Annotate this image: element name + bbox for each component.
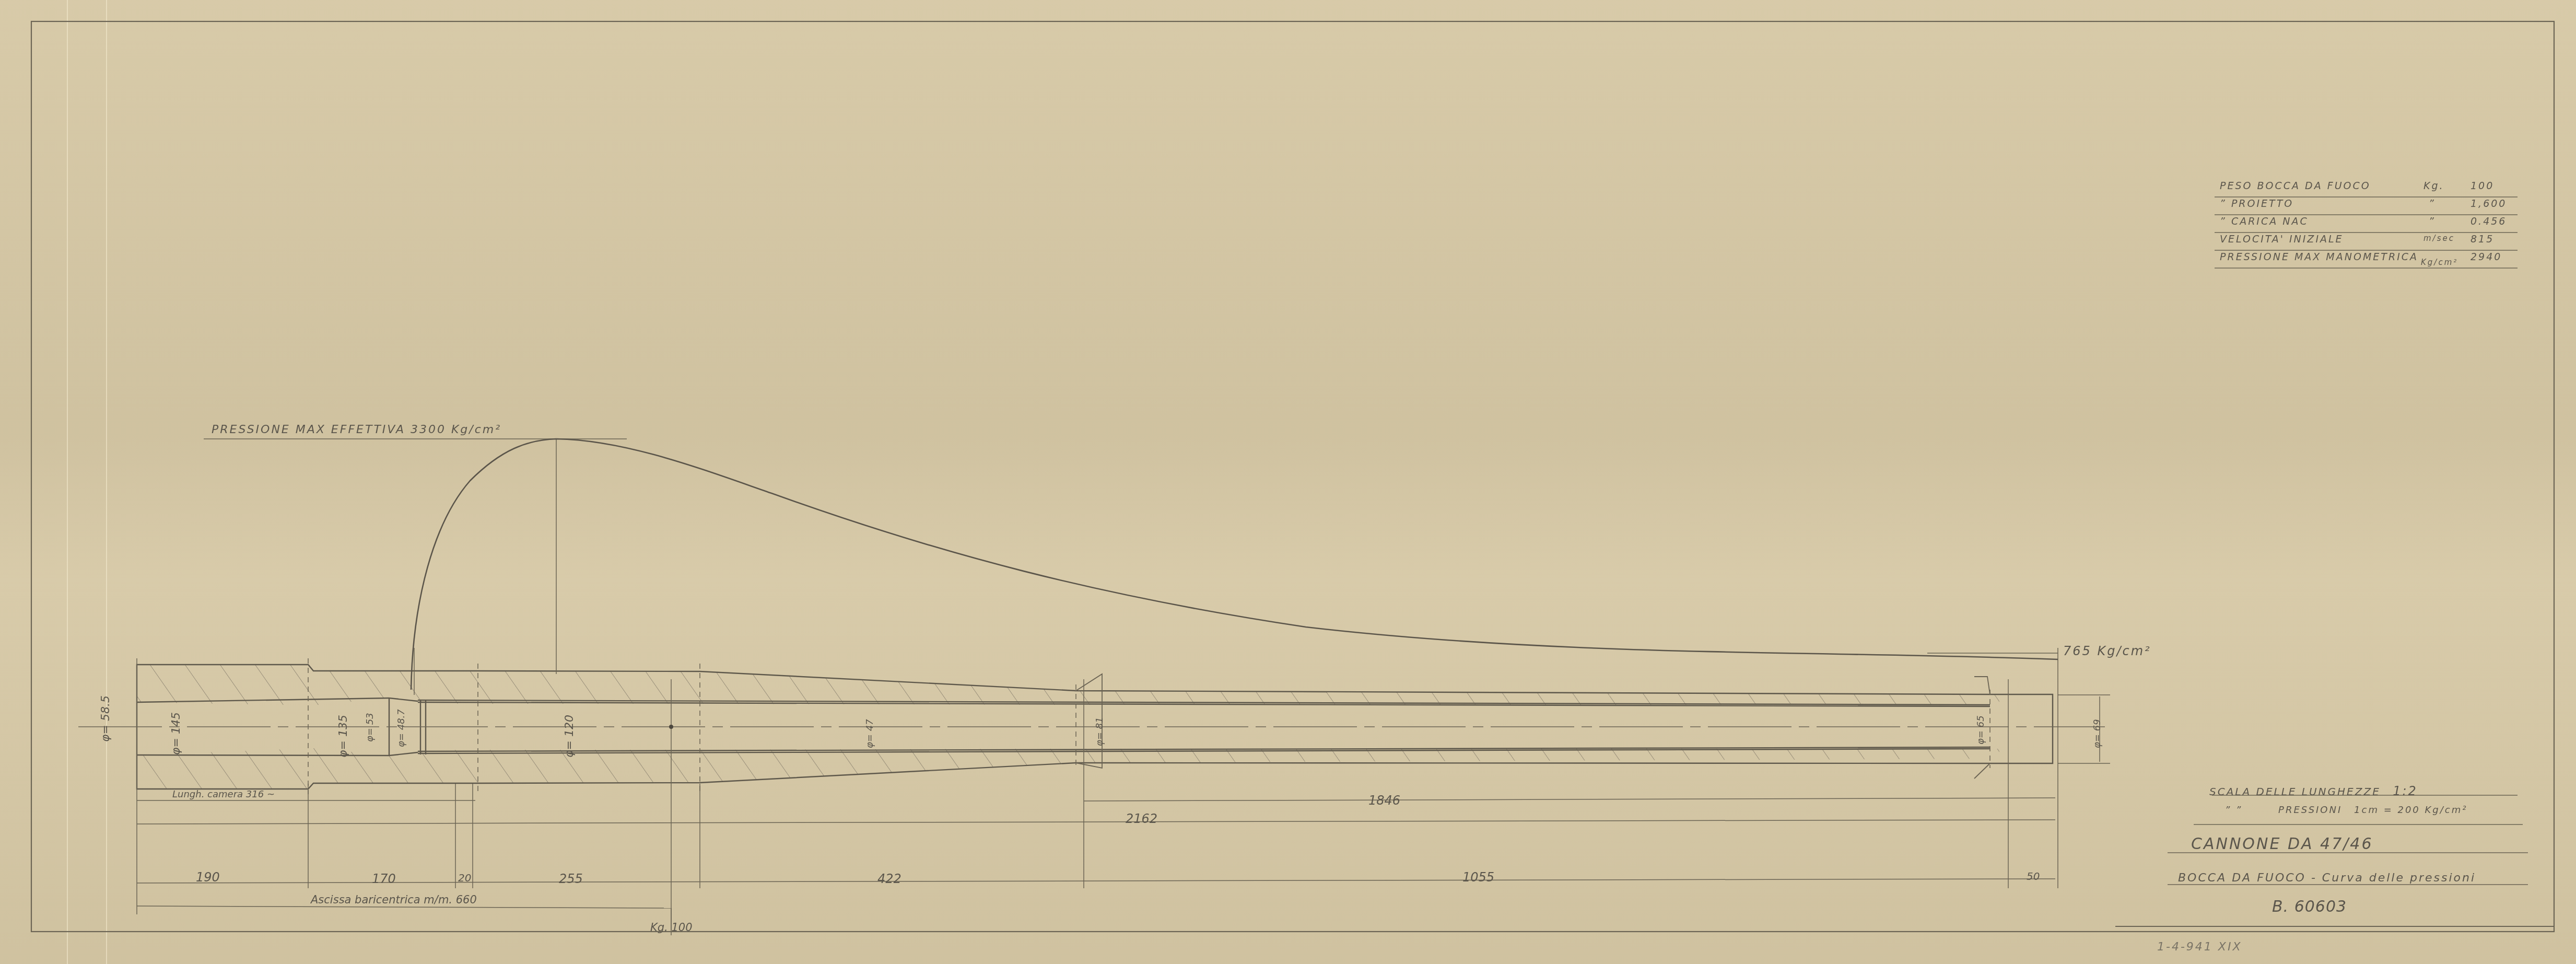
dimension-label: 20 <box>458 872 471 884</box>
diameter-label: φ= 48.7 <box>396 709 407 747</box>
dimension-label: 190 <box>196 870 220 885</box>
scale-lengths-label: SCALA DELLE LUNGHEZZE <box>2209 785 2381 798</box>
scale-pressures-value: 1cm = 200 Kg/cm² <box>2354 805 2467 816</box>
scale-lengths: SCALA DELLE LUNGHEZZE 1:2 <box>2209 784 2418 798</box>
diameter-label: φ= 69 <box>2092 719 2103 748</box>
spec-unit: ” <box>2429 216 2436 227</box>
scale-lengths-value: 1:2 <box>2393 784 2418 798</box>
diameter-label: φ= 47 <box>864 719 875 748</box>
dimension-label: 50 <box>2027 870 2040 882</box>
dimension-label: 170 <box>372 872 396 886</box>
spec-value: 2940 <box>2470 251 2502 263</box>
cg-weight-label: Kg. 100 <box>650 921 693 934</box>
spec-value: 100 <box>2470 180 2494 192</box>
diameter-label: φ= 120 <box>563 715 576 758</box>
scale-pressures: ” ” PRESSIONI 1cm = 200 Kg/cm² <box>2225 805 2467 816</box>
center-of-gravity-label: Ascissa baricentrica m/m. 660 <box>311 893 477 906</box>
muzzle-pressure-label: 765 Kg/cm² <box>2063 644 2151 658</box>
dimension-label: 2162 <box>1126 811 1157 826</box>
spec-unit: ” <box>2429 198 2436 210</box>
dimension-label: 1846 <box>1368 793 1400 808</box>
spec-unit: Kg. <box>2423 180 2444 192</box>
pressure-curve <box>411 439 2058 690</box>
dimension-label: 422 <box>877 872 901 886</box>
spec-label: PESO BOCCA DA FUOCO <box>2220 180 2371 192</box>
drawing-subtitle: BOCCA DA FUOCO - Curva delle pressioni <box>2178 872 2476 885</box>
spec-unit: Kg/cm² <box>2421 258 2458 267</box>
spec-label: VELOCITA' INIZIALE <box>2220 234 2344 245</box>
dimension-label: 255 <box>559 872 583 886</box>
diameter-label: φ= 53 <box>365 713 376 742</box>
spec-value: 0.456 <box>2470 216 2507 227</box>
diameter-label: φ= 145 <box>170 712 183 755</box>
spec-unit: m/sec <box>2423 234 2455 243</box>
diameter-label: φ= 135 <box>337 715 350 758</box>
spec-label: ” CARICA NAC <box>2220 216 2309 227</box>
diameter-label: φ= 81 <box>1094 717 1105 746</box>
chamber-length-label: Lungh. camera 316 ~ <box>172 789 275 800</box>
scale-pressures-label: PRESSIONI <box>2278 805 2342 816</box>
scale-ditto-mark: ” ” <box>2225 805 2242 816</box>
drawing-title: CANNONE DA 47/46 <box>2191 835 2373 853</box>
spec-table: PESO BOCCA DA FUOCO Kg. 100 ” PROIETTO ”… <box>2220 180 2512 285</box>
spec-label: ” PROIETTO <box>2220 198 2293 210</box>
spec-value: 1,600 <box>2470 198 2507 210</box>
technical-drawing <box>0 0 2576 964</box>
diameter-label: φ= 65 <box>1975 715 1986 745</box>
drawing-number: B. 60603 <box>2272 898 2347 916</box>
spec-label: PRESSIONE MAX MANOMETRICA <box>2220 251 2418 263</box>
peak-pressure-label: PRESSIONE MAX EFFETTIVA 3300 Kg/cm² <box>212 423 501 436</box>
barrel-section <box>78 658 2105 794</box>
dimension-label: 1055 <box>1462 870 1494 885</box>
spec-value: 815 <box>2470 234 2494 245</box>
frame-border <box>31 21 2554 932</box>
date-signature: 1-4-941 XIX <box>2157 940 2242 954</box>
diameter-label: φ= 58.5 <box>99 695 112 742</box>
